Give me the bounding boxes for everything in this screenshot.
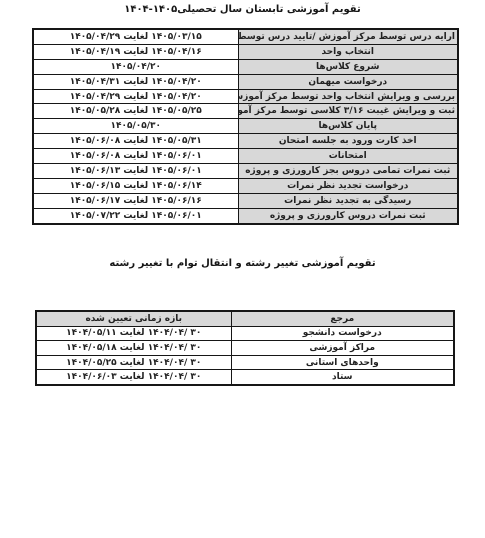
authority-cell: واحدهای استانی — [231, 355, 454, 370]
activity-cell: پایان کلاس‌ها — [238, 119, 458, 134]
period-cell: ۳۰ /۱۴۰۴/۰۴ لغایت ۱۴۰۴/۰۵/۲۵ — [36, 355, 231, 370]
table-row: امتحانات ۱۴۰۵/۰۶/۰۱ لغایت ۱۴۰۵/۰۶/۰۸ — [33, 149, 458, 164]
table-row: پایان کلاس‌ها ۱۴۰۵/۰۵/۳۰ — [33, 119, 458, 134]
activity-cell: ثبت و ویرایش غیبت ۳/۱۶ کلاسی توسط مرکز آ… — [238, 104, 458, 119]
summer-calendar-table: ارایه درس توسط مرکز آموزش /تایید درس توس… — [32, 28, 459, 225]
table-row: انتخاب واحد ۱۴۰۵/۰۴/۱۶ لغایت ۱۴۰۵/۰۴/۱۹ — [33, 44, 458, 59]
activity-cell: شروع کلاس‌ها — [238, 59, 458, 74]
table-row: بررسی و ویرایش انتخاب واحد توسط مرکز آمو… — [33, 89, 458, 104]
transfer-calendar-table: مرجع بازه زمانی تعیین شده درخواست دانشجو… — [35, 310, 455, 386]
summer-calendar-title: تقویم آموزشی تابستان سال تحصیلی۱۴۰۵-۱۴۰۴ — [0, 4, 485, 15]
table-row: درخواست تجدید نظر نمرات ۱۴۰۵/۰۶/۱۴ لغایت… — [33, 178, 458, 193]
table-row: ستاد ۳۰ /۱۴۰۴/۰۴ لغایت ۱۴۰۴/۰۶/۰۳ — [36, 370, 454, 385]
date-range-cell: ۱۴۰۵/۰۵/۳۰ — [33, 119, 238, 134]
activity-cell: درخواست میهمان — [238, 74, 458, 89]
table-row: درخواست میهمان ۱۴۰۵/۰۴/۲۰ لغایت ۱۴۰۵/۰۴/… — [33, 74, 458, 89]
activity-cell: انتخاب واحد — [238, 44, 458, 59]
date-range-cell: ۱۴۰۵/۰۴/۲۰ لغایت ۱۴۰۵/۰۴/۲۹ — [33, 89, 238, 104]
table-row: ارایه درس توسط مرکز آموزش /تایید درس توس… — [33, 29, 458, 44]
date-range-cell: ۱۴۰۵/۰۴/۲۰ لغایت ۱۴۰۵/۰۴/۳۱ — [33, 74, 238, 89]
activity-cell: اخذ کارت ورود به جلسه امتحان — [238, 134, 458, 149]
table-row: مراکز آموزشی ۳۰ /۱۴۰۴/۰۴ لغایت ۱۴۰۴/۰۵/۱… — [36, 341, 454, 356]
period-cell: ۳۰ /۱۴۰۴/۰۴ لغایت ۱۴۰۴/۰۵/۱۸ — [36, 341, 231, 356]
date-range-cell: ۱۴۰۵/۰۶/۰۱ لغایت ۱۴۰۵/۰۶/۰۸ — [33, 149, 238, 164]
date-range-cell: ۱۴۰۵/۰۵/۳۱ لغایت ۱۴۰۵/۰۶/۰۸ — [33, 134, 238, 149]
table-row: رسیدگی به تجدید نظر نمرات ۱۴۰۵/۰۶/۱۶ لغا… — [33, 193, 458, 208]
date-range-cell: ۱۴۰۵/۰۶/۱۶ لغایت ۱۴۰۵/۰۶/۱۷ — [33, 193, 238, 208]
activity-cell: امتحانات — [238, 149, 458, 164]
table-row: درخواست دانشجو ۳۰ /۱۴۰۴/۰۴ لغایت ۱۴۰۴/۰۵… — [36, 326, 454, 341]
period-cell: ۳۰ /۱۴۰۴/۰۴ لغایت ۱۴۰۴/۰۵/۱۱ — [36, 326, 231, 341]
transfer-calendar-title: تقویم آموزشی تغییر رشته و انتقال توام با… — [0, 258, 485, 269]
date-range-cell: ۱۴۰۵/۰۳/۱۵ لغایت ۱۴۰۵/۰۴/۲۹ — [33, 29, 238, 44]
authority-cell: مراکز آموزشی — [231, 341, 454, 356]
authority-cell: ستاد — [231, 370, 454, 385]
table-header-row: مرجع بازه زمانی تعیین شده — [36, 311, 454, 326]
period-cell: ۳۰ /۱۴۰۴/۰۴ لغایت ۱۴۰۴/۰۶/۰۳ — [36, 370, 231, 385]
calendar-document: { "colors": { "shaded_cell": "#d8d8d8", … — [0, 0, 485, 538]
date-range-cell: ۱۴۰۵/۰۶/۰۱ لغایت ۱۴۰۵/۰۶/۱۳ — [33, 164, 238, 179]
table-row: اخذ کارت ورود به جلسه امتحان ۱۴۰۵/۰۵/۳۱ … — [33, 134, 458, 149]
authority-cell: درخواست دانشجو — [231, 326, 454, 341]
date-range-cell: ۱۴۰۵/۰۶/۰۱ لغایت ۱۴۰۵/۰۷/۲۲ — [33, 208, 238, 223]
table-row: ثبت نمرات تمامی دروس بجز کارورزی و پروژه… — [33, 164, 458, 179]
activity-cell: ارایه درس توسط مرکز آموزش /تایید درس توس… — [238, 29, 458, 44]
period-header-cell: بازه زمانی تعیین شده — [36, 311, 231, 326]
date-range-cell: ۱۴۰۵/۰۵/۲۵ لغایت ۱۴۰۵/۰۵/۲۸ — [33, 104, 238, 119]
table-row: شروع کلاس‌ها ۱۴۰۵/۰۴/۲۰ — [33, 59, 458, 74]
date-range-cell: ۱۴۰۵/۰۴/۲۰ — [33, 59, 238, 74]
activity-cell: ثبت نمرات تمامی دروس بجز کارورزی و پروژه — [238, 164, 458, 179]
authority-header-cell: مرجع — [231, 311, 454, 326]
date-range-cell: ۱۴۰۵/۰۴/۱۶ لغایت ۱۴۰۵/۰۴/۱۹ — [33, 44, 238, 59]
activity-cell: ثبت نمرات دروس کارورزی و پروژه — [238, 208, 458, 223]
activity-cell: بررسی و ویرایش انتخاب واحد توسط مرکز آمو… — [238, 89, 458, 104]
table-row: واحدهای استانی ۳۰ /۱۴۰۴/۰۴ لغایت ۱۴۰۴/۰۵… — [36, 355, 454, 370]
date-range-cell: ۱۴۰۵/۰۶/۱۴ لغایت ۱۴۰۵/۰۶/۱۵ — [33, 178, 238, 193]
activity-cell: درخواست تجدید نظر نمرات — [238, 178, 458, 193]
activity-cell: رسیدگی به تجدید نظر نمرات — [238, 193, 458, 208]
table-row: ثبت و ویرایش غیبت ۳/۱۶ کلاسی توسط مرکز آ… — [33, 104, 458, 119]
table-row: ثبت نمرات دروس کارورزی و پروژه ۱۴۰۵/۰۶/۰… — [33, 208, 458, 223]
